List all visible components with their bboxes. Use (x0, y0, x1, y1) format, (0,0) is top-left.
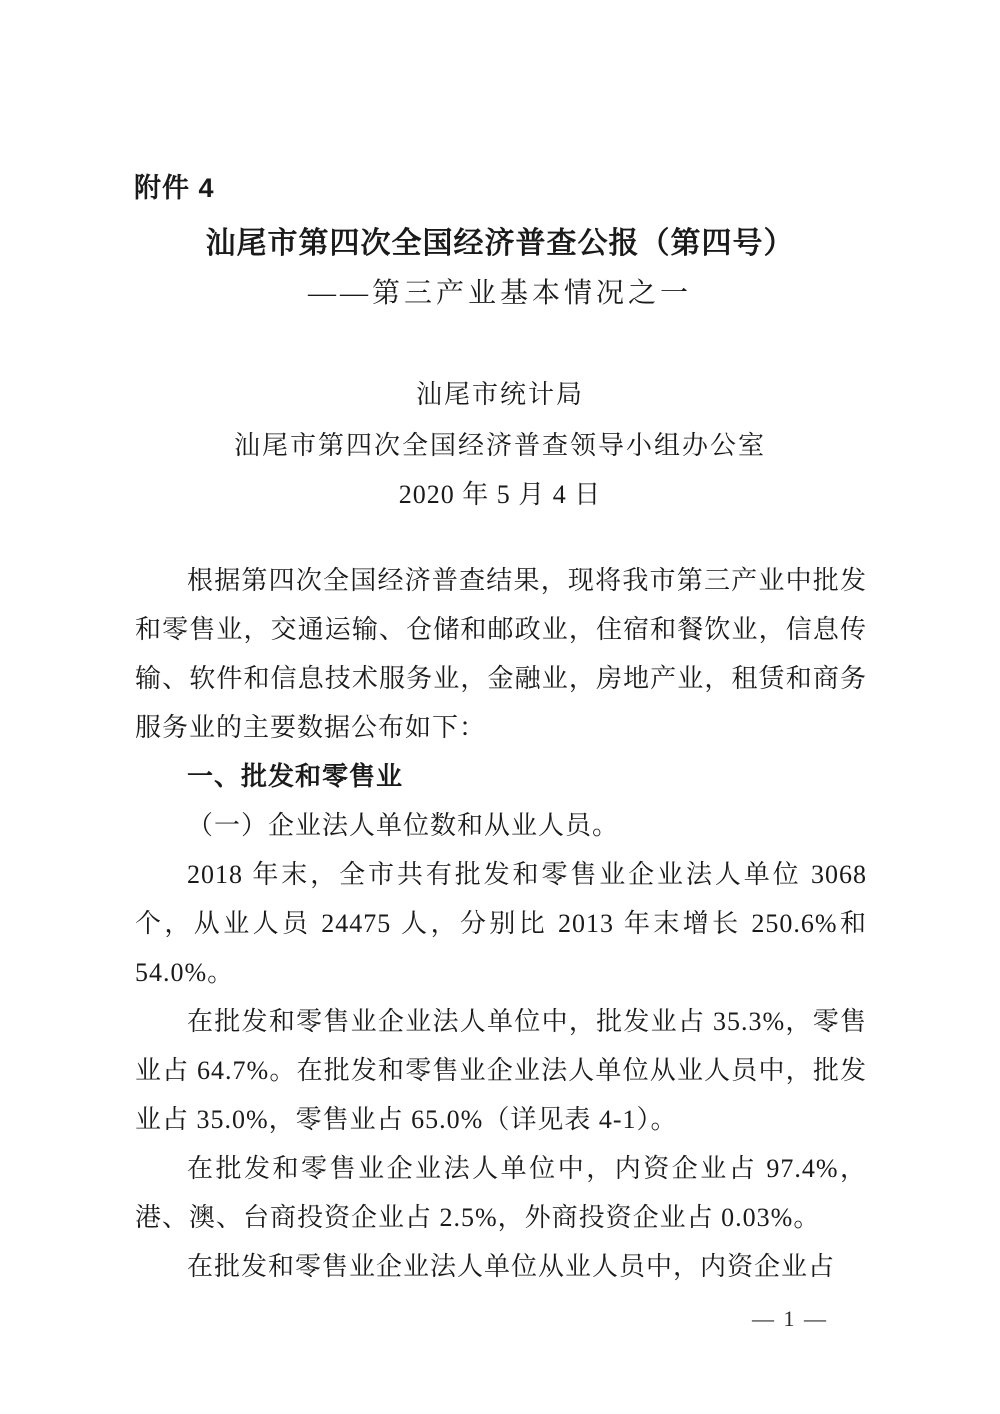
issuer-census-leading-group-office: 汕尾市第四次全国经济普查领导小组办公室 (0, 425, 1000, 462)
page-number: — 1 — (740, 1306, 840, 1332)
issuer-statistics-bureau: 汕尾市统计局 (0, 374, 1000, 411)
subsection-heading-legal-entities: （一）企业法人单位数和从业人员。 (135, 801, 867, 850)
paragraph-wholesale-retail-shares: 在批发和零售业企业法人单位中，批发业占 35.3%，零售业占 64.7%。在批发… (135, 997, 867, 1144)
document-title: 汕尾市第四次全国经济普查公报（第四号） (0, 218, 1000, 262)
paragraph-ownership-shares-employees-truncated: 在批发和零售业企业法人单位从业人员中，内资企业占 (135, 1242, 867, 1291)
paragraph-2018-totals: 2018 年末，全市共有批发和零售业企业法人单位 3068 个，从业人员 244… (135, 850, 867, 997)
document-body: 根据第四次全国经济普查结果，现将我市第三产业中批发和零售业，交通运输、仓储和邮政… (135, 556, 867, 1291)
section-heading-wholesale-retail: 一、批发和零售业 (135, 752, 867, 801)
document-page: 附件 4 汕尾市第四次全国经济普查公报（第四号） ——第三产业基本情况之一 汕尾… (0, 0, 1000, 1414)
document-subtitle: ——第三产业基本情况之一 (0, 271, 1000, 311)
publish-date: 2020 年 5 月 4 日 (0, 474, 1000, 511)
paragraph-intro: 根据第四次全国经济普查结果，现将我市第三产业中批发和零售业，交通运输、仓储和邮政… (135, 556, 867, 752)
attachment-label: 附件 4 (134, 166, 215, 205)
paragraph-ownership-shares-units: 在批发和零售业企业法人单位中，内资企业占 97.4%，港、澳、台商投资企业占 2… (135, 1144, 867, 1242)
